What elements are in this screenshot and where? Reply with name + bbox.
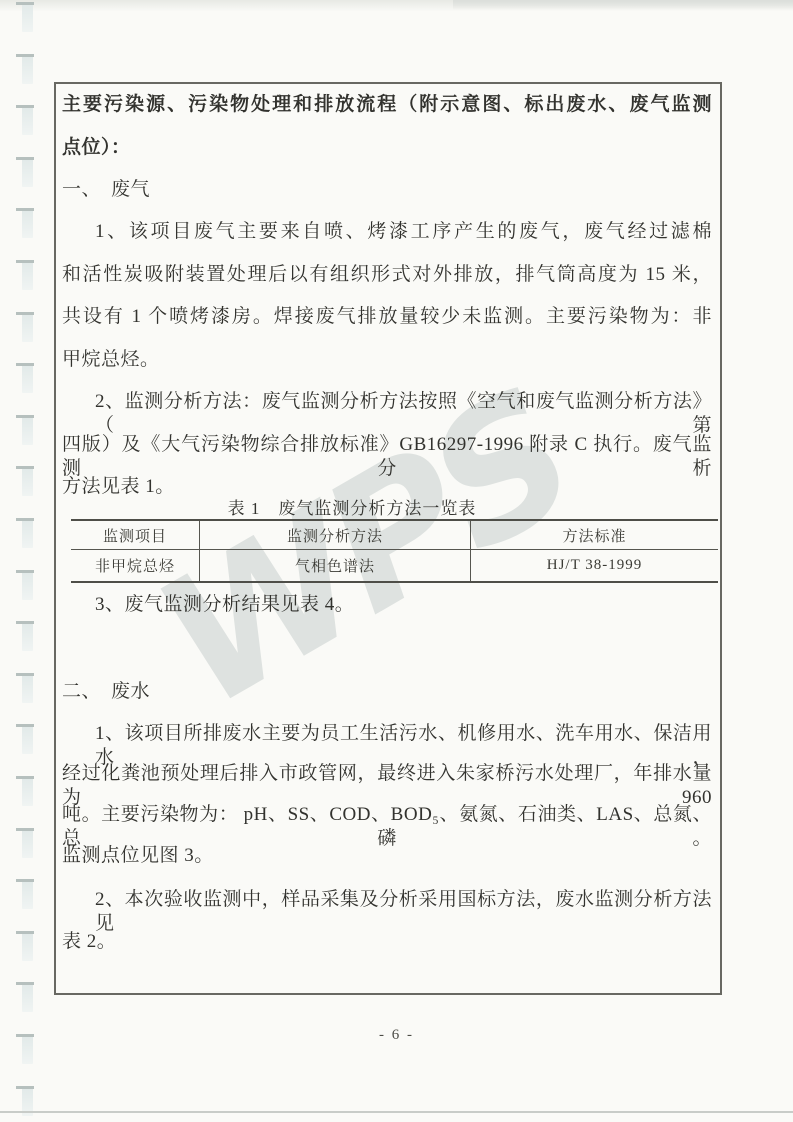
binder-hole xyxy=(22,2,33,32)
heading-line-2: 点位）： xyxy=(62,136,712,160)
paragraph-5-line-2: 表 2。 xyxy=(62,930,712,954)
paragraph-1-line-1: 1、该项目废气主要来自喷、烤漆工序产生的废气，废气经过滤棉 xyxy=(62,220,712,244)
binder-hole xyxy=(22,982,33,1012)
binder-hole xyxy=(22,208,33,238)
table-header-item: 监测项目 xyxy=(71,520,200,550)
paragraph-1-line-2: 和活性炭吸附装置处理后以有组织形式对外排放，排气筒高度为 15 米， xyxy=(62,263,712,287)
paragraph-4-line-4: 监测点位见图 3。 xyxy=(62,844,712,868)
table-1-caption: 表 1 废气监测分析方法一览表 xyxy=(62,494,712,519)
table-header-standard: 方法标准 xyxy=(471,520,719,550)
binder-hole xyxy=(22,570,33,600)
binder-hole xyxy=(22,518,33,548)
binder-hole xyxy=(22,466,33,496)
paragraph-2-line-2: 四版）及《大气污染物综合排放标准》GB16297-1996 附录 C 执行。废气… xyxy=(62,433,712,481)
section-1-title: 一、 废气 xyxy=(62,178,712,202)
scanner-edge-artifact-top-right xyxy=(453,0,793,10)
heading-line-1: 主要污染源、污染物处理和排放流程（附示意图、标出废水、废气监测 xyxy=(62,93,712,117)
paragraph-5-line-1: 2、本次验收监测中，样品采集及分析采用国标方法，废水监测分析方法见 xyxy=(62,888,712,936)
binder-hole xyxy=(22,260,33,290)
binder-hole xyxy=(22,157,33,187)
table-1-monitoring-methods: 监测项目 监测分析方法 方法标准 非甲烷总烃 气相色谱法 HJ/T 38-199… xyxy=(71,519,718,583)
table-cell-standard: HJ/T 38-1999 xyxy=(471,550,719,583)
paragraph-3: 3、废气监测分析结果见表 4。 xyxy=(62,593,712,617)
binder-hole xyxy=(22,363,33,393)
binder-hole xyxy=(22,621,33,651)
paragraph-2-line-1: 2、监测分析方法：废气监测分析方法按照《空气和废气监测分析方法》（第 xyxy=(62,390,712,438)
paragraph-1-line-4: 甲烷总烃。 xyxy=(62,348,712,372)
binder-hole xyxy=(22,931,33,961)
binder-hole xyxy=(22,724,33,754)
table-cell-method: 气相色谱法 xyxy=(200,550,471,583)
binder-hole xyxy=(22,415,33,445)
binder-hole xyxy=(22,312,33,342)
binder-hole xyxy=(22,879,33,909)
document-content-frame: 主要污染源、污染物处理和排放流程（附示意图、标出废水、废气监测 点位）： 一、 … xyxy=(54,82,722,995)
section-2-title: 二、 废水 xyxy=(62,680,712,704)
paragraph-1-line-3: 共设有 1 个喷烤漆房。焊接废气排放量较少未监测。主要污染物为：非 xyxy=(62,305,712,329)
binder-hole xyxy=(22,105,33,135)
table-header-method: 监测分析方法 xyxy=(200,520,471,550)
table-header-row: 监测项目 监测分析方法 方法标准 xyxy=(71,520,718,550)
table-row: 非甲烷总烃 气相色谱法 HJ/T 38-1999 xyxy=(71,550,718,583)
binder-hole xyxy=(22,673,33,703)
binder-hole xyxy=(22,54,33,84)
page-number: - 6 - xyxy=(0,1027,793,1044)
binder-hole xyxy=(22,828,33,858)
table-cell-item: 非甲烷总烃 xyxy=(71,550,200,583)
scanner-edge-artifact-bottom xyxy=(0,1111,793,1113)
binder-hole xyxy=(22,776,33,806)
